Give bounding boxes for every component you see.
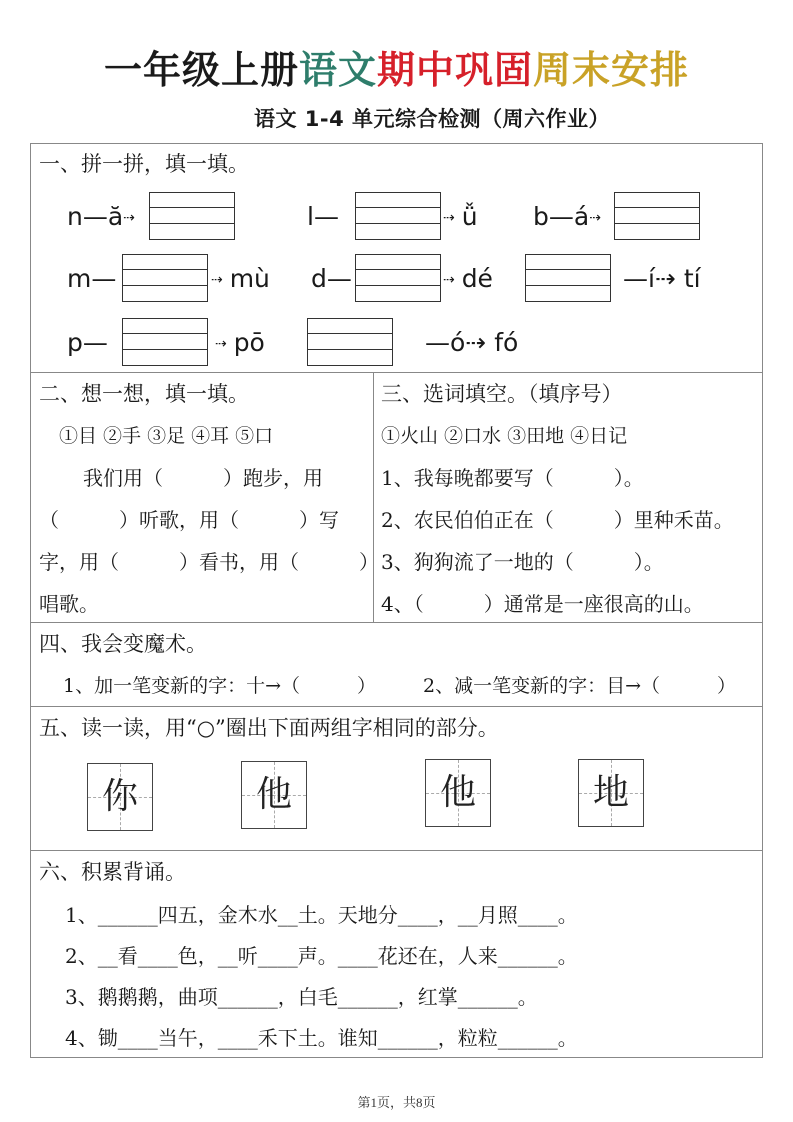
pinyin-answer-box-3[interactable]	[614, 192, 700, 240]
pinyin-item-5-left: d—	[311, 264, 352, 294]
title-part-subject: 语文	[299, 47, 377, 92]
title-part-grade: 一年级上册	[104, 47, 299, 92]
section2-line-1[interactable]: 我们用（ ）跑步，用	[83, 464, 323, 492]
dotted-arrow-icon: ⇢	[211, 272, 222, 288]
dotted-arrow-icon: ⇢	[589, 210, 600, 226]
page-title: 一年级上册语文期中巩固周末安排	[0, 46, 793, 94]
pinyin-item-5-right: ⇢ dé	[443, 264, 493, 295]
section1-title: 一、拼一拼，填一填。	[39, 150, 249, 178]
section3-question-3[interactable]: 3、狗狗流了一地的（ ）。	[381, 548, 664, 576]
section6-line-2[interactable]: 2、__看____色，__听____声。____花还在，人来______。	[65, 942, 578, 970]
section3-question-1[interactable]: 1、我每晚都要写（ ）。	[381, 464, 644, 492]
section2-line-4: 唱歌。	[39, 590, 99, 618]
pinyin-item-3-left: b—á⇢	[533, 202, 600, 233]
section6-title: 六、积累背诵。	[39, 858, 186, 886]
pinyin-item-1-left: n—ă⇢	[67, 202, 134, 233]
section3-title: 三、选词填空。（填序号）	[381, 380, 623, 408]
section3-options: ①火山 ②口水 ③田地 ④日记	[381, 422, 627, 450]
char-grid-1[interactable]: 你	[87, 763, 153, 831]
pinyin-answer-box-6[interactable]	[525, 254, 611, 302]
title-part-weekend: 周末安排	[533, 47, 689, 92]
dotted-arrow-icon: ⇢	[123, 210, 134, 226]
section3-question-4[interactable]: 4、（ ）通常是一座很高的山。	[381, 590, 704, 618]
pinyin-answer-box-7[interactable]	[122, 318, 208, 366]
section5-title: 五、读一读，用“○”圈出下面两组字相同的部分。	[39, 714, 499, 742]
char-grid-2[interactable]: 他	[241, 761, 307, 829]
worksheet: 一、拼一拼，填一填。 n—ă⇢ l— ⇢ ǚ b—á⇢ m— ⇢ mù d— ⇢…	[30, 143, 763, 1058]
section6-line-3[interactable]: 3、鹅鹅鹅，曲项______，白毛______，红掌______。	[65, 983, 538, 1011]
divider-4	[31, 850, 762, 851]
divider-3	[31, 706, 762, 707]
pinyin-answer-box-2[interactable]	[355, 192, 441, 240]
pinyin-item-8-right: —ó⇢ fó	[425, 328, 518, 358]
section2-title: 二、想一想，填一填。	[39, 380, 249, 408]
char-grid-4[interactable]: 地	[578, 759, 644, 827]
char-grid-3[interactable]: 他	[425, 759, 491, 827]
section2-line-2[interactable]: （ ）听歌，用（ ）写	[39, 506, 339, 534]
column-divider	[373, 372, 374, 622]
title-part-midterm: 期中巩固	[377, 47, 533, 92]
dotted-arrow-icon: ⇢	[215, 336, 226, 352]
page-number: 第1页，共8页	[0, 1092, 793, 1111]
page-subtitle: 语文 1-4 单元综合检测（周六作业）	[254, 104, 610, 134]
pinyin-item-7-right: ⇢ pō	[215, 328, 265, 359]
pinyin-item-6-right: —í⇢ tí	[623, 264, 701, 294]
pinyin-item-4-right: ⇢ mù	[211, 264, 270, 295]
section6-line-1[interactable]: 1、______四五，金木水__土。天地分____，__月照____。	[65, 901, 578, 929]
section4-title: 四、我会变魔术。	[39, 630, 207, 658]
pinyin-item-7-left: p—	[67, 328, 108, 358]
pinyin-item-2-right: ⇢ ǚ	[443, 202, 478, 233]
pinyin-answer-box-1[interactable]	[149, 192, 235, 240]
section2-options: ①目 ②手 ③足 ④耳 ⑤口	[59, 422, 273, 450]
dotted-arrow-icon: ⇢	[443, 272, 454, 288]
section2-line-3[interactable]: 字，用（ ）看书，用（ ）	[39, 548, 379, 576]
pinyin-answer-box-4[interactable]	[122, 254, 208, 302]
dotted-arrow-icon: ⇢	[443, 210, 454, 226]
section6-line-4[interactable]: 4、锄____当午，____禾下土。谁知______，粒粒______。	[65, 1024, 578, 1052]
section4-question-2[interactable]: 2、减一笔变新的字：目→（ ）	[423, 672, 736, 700]
pinyin-answer-box-8[interactable]	[307, 318, 393, 366]
pinyin-item-2-left: l—	[307, 202, 339, 232]
divider-1	[31, 372, 762, 373]
pinyin-answer-box-5[interactable]	[355, 254, 441, 302]
section4-question-1[interactable]: 1、加一笔变新的字：十→（ ）	[63, 672, 376, 700]
section3-question-2[interactable]: 2、农民伯伯正在（ ）里种禾苗。	[381, 506, 734, 534]
pinyin-item-4-left: m—	[67, 264, 116, 294]
divider-2	[31, 622, 762, 623]
